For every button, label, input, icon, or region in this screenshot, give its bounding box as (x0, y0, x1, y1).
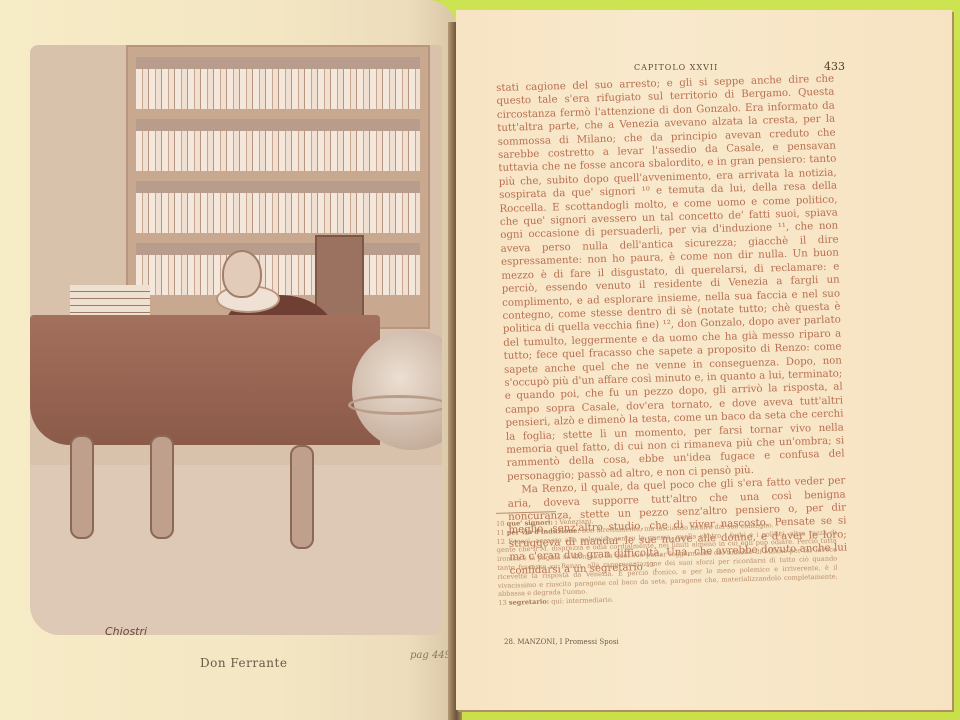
desk-leg (150, 435, 174, 539)
footnote-number: 13 (498, 599, 507, 607)
pencil-note: pag 449 (410, 650, 451, 661)
shelf (136, 243, 420, 295)
shelf (136, 57, 420, 109)
illustration-plate: Chiostri (30, 45, 442, 635)
body-text: stati cagione del suo arresto; e gli si … (496, 73, 848, 578)
shelf (136, 119, 420, 171)
running-head: CAPITOLO XXVII (634, 63, 718, 72)
footnote-term: que' signori: (506, 518, 553, 527)
globe-ring (348, 395, 442, 415)
footnote-number: 11 (496, 529, 505, 537)
footnote-text: Eccoci, accanto alla polemica contro la … (497, 528, 838, 598)
footnote: 12 Eccoci, accanto alla polemica contro … (496, 528, 838, 599)
page-number: 433 (824, 60, 845, 73)
footnote-number: 12 (496, 537, 505, 545)
signature-line: 28. MANZONI, I Promessi Sposi (504, 638, 619, 646)
footnotes: 10 que' signori: i Veneziani. 11 per via… (496, 511, 838, 608)
draped-desk (30, 315, 380, 445)
footnote-term: segretario: (509, 598, 550, 607)
left-page: Chiostri Don Ferrante pag 449 (0, 0, 456, 720)
footnote-text: i Veneziani. (555, 517, 594, 526)
bookcase-illustration (126, 45, 430, 329)
footnote-number: 10 (496, 520, 505, 528)
shelf (136, 181, 420, 233)
desk-leg (290, 445, 314, 549)
illustration-caption: Don Ferrante (200, 656, 287, 670)
desk-leg (70, 435, 94, 539)
artist-signature: Chiostri (105, 625, 147, 635)
paragraph: stati cagione del suo arresto; e gli si … (496, 73, 845, 484)
figure-head (222, 250, 262, 298)
footnote-text: qui: intermediario. (551, 596, 614, 606)
right-page: CAPITOLO XXVII 433 stati cagione del suo… (456, 10, 952, 710)
